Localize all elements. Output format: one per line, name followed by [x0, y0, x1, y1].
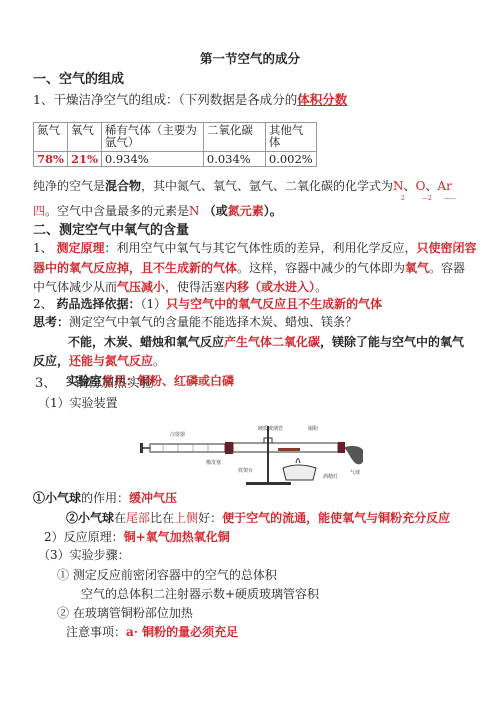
- think-question: 思考：测定空气中氧气的含量能不能选择木炭、蜡烛、镁条？: [33, 316, 357, 328]
- subscript: ——: [444, 196, 456, 202]
- svg-text:铜粉: 铜粉: [308, 425, 318, 432]
- think-answer-line2: 反应，还能与氮气反应。: [33, 355, 165, 367]
- section-heading-oxygen: 二、测定空气中氧气的含量: [33, 224, 189, 237]
- subscript: —2: [422, 196, 432, 202]
- copper-heading-label: 铜粉加热实验: [75, 377, 153, 390]
- svg-text:铁架台: 铁架台: [238, 467, 253, 474]
- step-1: ① 测定反应前密闭容器中的空气的总体积: [57, 569, 277, 581]
- element-line: 四。空气中含量最多的元素是N （或氮元素）。: [33, 205, 282, 217]
- svg-text:气球: 气球: [350, 469, 360, 476]
- svg-text:硬质玻璃管: 硬质玻璃管: [258, 425, 283, 432]
- think-answer-line1: 不能，木炭、蜡烛和氧气反应产生气体二氧化碳，镁除了能与空气中的氧气: [68, 336, 464, 348]
- mixture-line: 纯净的空气是混合物，其中氮气、氧气、氩气、二氧化碳的化学式为N、O、Ar: [33, 180, 452, 192]
- table-header-row: 氮气 氧气 稀有气体（主要为氩气） 二氧化碳 其他气体: [34, 123, 317, 152]
- volume-fraction-highlight: 体积分数: [297, 92, 347, 107]
- air-composition-table: 氮气 氧气 稀有气体（主要为氩气） 二氧化碳 其他气体 78% 21% 0.93…: [33, 122, 317, 167]
- table-cell: 21%: [67, 152, 101, 167]
- steps-label: （3）实验步骤：: [38, 549, 130, 561]
- table-cell: 氧气: [67, 123, 101, 152]
- device-label: （1）实验装置: [38, 397, 118, 409]
- svg-text:注射器: 注射器: [170, 431, 185, 438]
- table-cell: 氮气: [34, 123, 68, 152]
- section-heading-composition: 一、空气的组成: [33, 73, 124, 86]
- step-2: ② 在玻璃管铜粉部位加热: [57, 607, 193, 619]
- copper-heating-apparatus-diagram: 注射器 硬质玻璃管 铜粉 橡皮塞 铁架台 酒精灯 气球: [138, 418, 363, 488]
- table-cell: 78%: [34, 152, 68, 167]
- table-cell: 稀有气体（主要为氩气）: [101, 123, 203, 152]
- copper-heading: 3、: [35, 377, 56, 390]
- table-row: 78% 21% 0.934% 0.034% 0.002%: [34, 152, 317, 167]
- composition-intro: 1、干燥洁净空气的组成：（下列数据是各成分的体积分数: [33, 94, 347, 107]
- principle-line1: 1、 测定原理：利用空气中氧气与其它气体性质的差异，利用化学反应，只使密闭容: [33, 242, 477, 254]
- subscript: 2: [401, 196, 405, 202]
- table-cell: 0.034%: [203, 152, 265, 167]
- balloon-function-line: ①小气球的作用：缓冲气压: [33, 492, 177, 504]
- note-line: 注意事项：a· 铜粉的量必须充足: [66, 626, 238, 638]
- balloon-position-line: ②小气球在尾部比在上侧好：便于空气的流通，能使氧气与铜粉充分反应: [66, 512, 450, 524]
- step-1-detail: 空气的总体积二注射器示数+硬质玻璃管容积: [81, 588, 319, 600]
- table-cell: 其他气体: [265, 123, 316, 152]
- page-title: 第一节空气的成分: [0, 53, 500, 66]
- table-cell: 二氧化碳: [203, 123, 265, 152]
- reaction-principle-line: 2）反应原理：铜+氧气加热氧化铜: [44, 531, 230, 543]
- table-cell: 0.934%: [101, 152, 203, 167]
- principle-line2: 器中的氧气反应掉，且不生成新的气体。这样，容器中减少的气体即为氧气。容器: [33, 262, 465, 274]
- drug-selection-line: 2、 药品选择依据：（1）只与空气中的氧气反应且不生成新的气体: [33, 298, 382, 310]
- svg-text:酒精灯: 酒精灯: [323, 473, 338, 480]
- svg-text:橡皮塞: 橡皮塞: [206, 459, 221, 466]
- table-cell: 0.002%: [265, 152, 316, 167]
- principle-line3: 中气体减少从而气压减小，使得活塞内移（或水进入）。: [33, 281, 327, 293]
